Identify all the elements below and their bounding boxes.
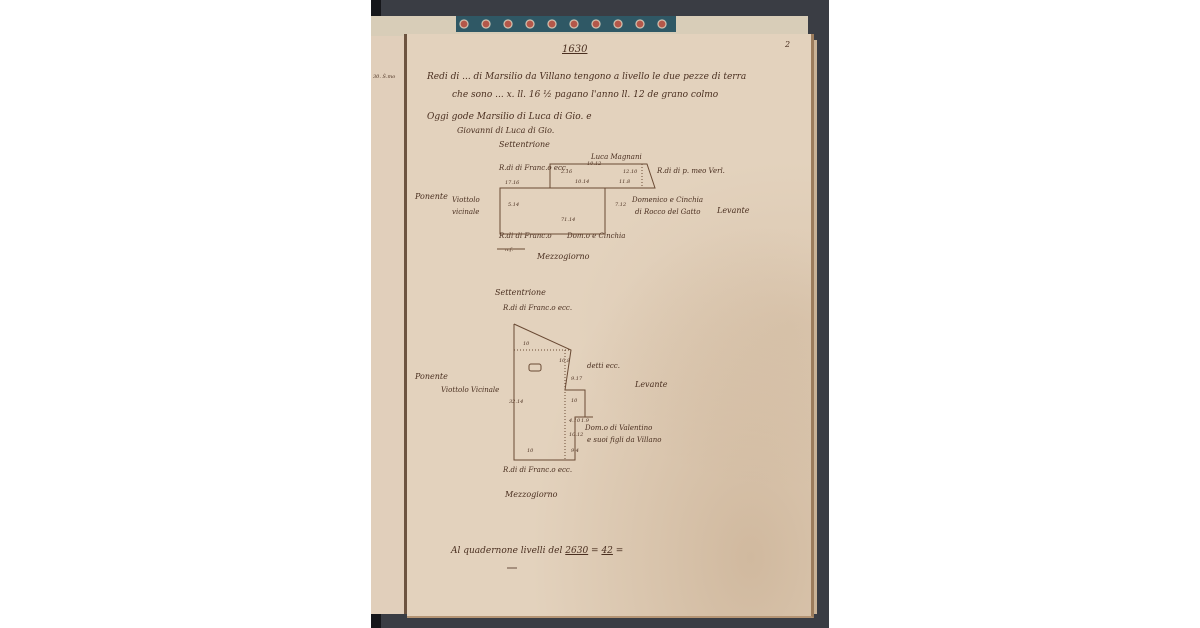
plot1-outline	[497, 164, 655, 249]
plot2-outline	[514, 324, 593, 460]
margin-note: 30. Ṡ.mo	[373, 74, 395, 80]
facing-page-edge: 30. Ṡ.mo	[371, 36, 407, 614]
house-icon	[529, 364, 541, 371]
plot-diagrams	[407, 34, 811, 616]
manuscript-page: 1630 2 Redi di ... di Marsilio da Villan…	[407, 34, 814, 618]
marbled-endpaper	[456, 16, 676, 32]
manuscript-scan: 30. Ṡ.mo 1630 2 Redi di ... di Marsilio …	[371, 0, 829, 628]
